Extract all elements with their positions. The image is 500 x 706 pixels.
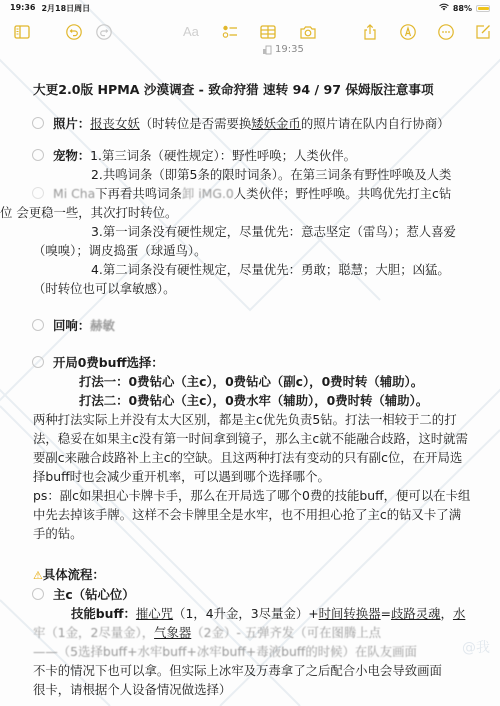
checkbox[interactable] (32, 588, 44, 600)
redo-icon (95, 23, 113, 41)
pet-line-2d: 位 会更稳一些，其次打时转位。 (0, 203, 473, 222)
pet-line-3b: （嗅嗅）；调皮捣蛋（球遁鸟）。 (33, 241, 473, 260)
note-title: 大更2.0版 HPMA 沙漠调查 - 致命狩猎 速转 94 / 97 保姆版注意… (33, 80, 473, 99)
wifi-icon (439, 3, 449, 13)
checklist-icon (221, 23, 239, 41)
redo-button[interactable] (94, 22, 114, 42)
undo-button[interactable] (64, 22, 84, 42)
compose-icon (474, 23, 492, 41)
table-button[interactable] (258, 22, 278, 42)
warning-icon: ⚠ (33, 569, 43, 582)
link-divergent-soul[interactable]: 歧路灵魂 (391, 606, 441, 621)
notes-toolbar: Aa (0, 18, 500, 44)
pet-line-4b: （时转位也可以拿敏感）。 (33, 279, 473, 298)
camera-button[interactable] (298, 22, 318, 42)
skill-buff-line-5: 很卡，请根据个人设备情况做选择） (33, 680, 473, 699)
link-leprechaun-coin[interactable]: 矮妖金币 (251, 116, 301, 131)
link-weather-device[interactable]: 气象器 (154, 625, 191, 640)
checklist-button[interactable] (220, 22, 240, 42)
ellipsis-icon (437, 23, 455, 41)
last-edited-time: 19:35 (262, 44, 304, 55)
collaborator-icon (262, 45, 272, 55)
skill-buff-line-2: 牢（1金，2尽量金），气象器（2金）- 五弹齐发（可在图腾上点 (33, 623, 473, 642)
pet-line-3: 3.第一词条没有硬性规定，尽量优先：意志坚定（雷鸟）；惹人喜爱 (33, 222, 473, 241)
markup-button[interactable] (398, 22, 418, 42)
checklist-item-pet: 宠物：1.第三词条（硬性规定）：野性呼唤；人类伙伴。 (33, 146, 473, 165)
checklist-item-echo: 回响：赫敏 (33, 316, 473, 335)
ps-paragraph: ps：副c如果担心卡牌卡手，那么在开局选了哪个0费的技能buff，便可以在卡组中… (33, 486, 473, 543)
play-option-2: 打法二：0费钻心（主c），0费水牢（辅助），0费时转（辅助）。 (33, 391, 473, 410)
table-icon (259, 23, 277, 41)
status-bar: 19:36 2月18日周日 88% (0, 0, 500, 16)
play-option-1: 打法一：0费钻心（主c），0费钻心（副c），0费时转（辅助）。 (33, 372, 473, 391)
more-button[interactable] (436, 22, 456, 42)
link-time-turner[interactable]: 时间转换器 (319, 606, 381, 621)
pen-icon (399, 23, 417, 41)
undo-icon (65, 23, 83, 41)
checkbox[interactable] (32, 117, 44, 129)
status-time: 19:36 (10, 3, 35, 14)
checklist-item-photo: 照片：报丧女妖（时转位是否需要换矮妖金币的照片请在队内自行协商） (33, 114, 473, 133)
camera-icon (299, 23, 317, 41)
checkbox[interactable] (32, 319, 44, 331)
format-text-button[interactable]: Aa (183, 24, 199, 39)
checklist-item-main-c: 主c（钻心位） (33, 585, 473, 604)
share-icon (361, 23, 379, 41)
sidebar-toggle-button[interactable] (12, 22, 32, 42)
checkbox[interactable] (32, 356, 44, 368)
link-banshee[interactable]: 报丧女妖 (90, 116, 140, 131)
pet-line-2: 2.共鸣词条（即第5条的限时词条）。在第三词条有野性呼唤及人类 (33, 165, 473, 184)
note-body[interactable]: 大更2.0版 HPMA 沙漠调查 - 致命狩猎 速转 94 / 97 保姆版注意… (33, 80, 473, 699)
checklist-item-opening-buff: 开局0费buff选择： (33, 353, 473, 372)
battery-icon (476, 5, 490, 12)
skill-buff-line-4: 不卡的情况下也可以拿。但实际上冰牢及万毒拿了之后配合小电会导致画面 (33, 661, 473, 680)
skill-buff-line: 技能buff：摧心咒（1，4升金，3尽量金）+时间转换器=歧路灵魂，水 (33, 604, 473, 623)
battery-percent: 88% (453, 4, 472, 13)
skill-buff-line-3: ——（5选择buff+水牢buff+冰牢buff+毒液buff的时候）在队友画面 (33, 642, 473, 661)
share-button[interactable] (360, 22, 380, 42)
compose-button[interactable] (473, 22, 493, 42)
play-comparison-paragraph: 两种打法实际上并没有太大区别，都是主c优先负责5钻。打法一相较于二的打法，稳妥在… (33, 410, 473, 486)
flow-heading: ⚠具体流程： (33, 565, 473, 585)
status-date: 2月18日周日 (41, 3, 90, 14)
pet-line-4: 4.第二词条没有硬性规定，尽量优先：勇敢；聪慧；大胆；凶猛。 (33, 260, 473, 279)
link-crucio[interactable]: 摧心咒 (136, 606, 173, 621)
checkbox[interactable] (32, 149, 44, 161)
link-water-prison[interactable]: 水 (453, 606, 465, 621)
sidebar-icon (13, 23, 31, 41)
pet-line-2b: Mi Cha下再看共鸣词条卸 iMG.0人类伙伴；野性呼唤。共鸣优先打主c钻 (33, 184, 473, 203)
